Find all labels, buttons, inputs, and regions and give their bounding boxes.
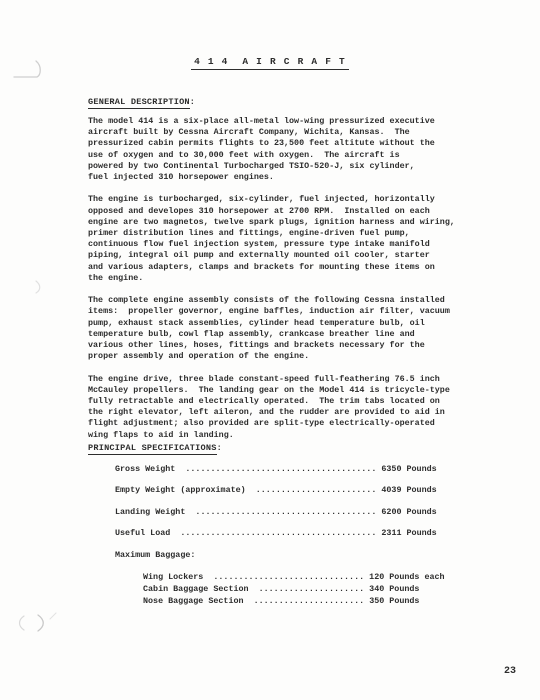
spec-value: 4039 Pounds (381, 485, 436, 495)
principal-specifications-heading-text: PRINCIPAL SPECIFICATIONS (88, 443, 217, 455)
dot-leader: ...................................... (175, 464, 381, 474)
spec-row-gross-weight: Gross Weight ...........................… (115, 464, 445, 476)
section-heading-general-description: GENERAL DESCRIPTION: (88, 97, 195, 107)
general-description-heading-colon: : (190, 97, 195, 107)
paragraph-engine-assembly: The complete engine assembly consists of… (88, 295, 455, 362)
spec-value: 340 Pounds (369, 584, 419, 594)
page-title: 4 1 4 A I R C R A F T (0, 51, 540, 70)
spec-group-maximum-baggage: Maximum Baggage: (115, 550, 445, 562)
spec-row-cabin-baggage: Cabin Baggage Section ..................… (143, 583, 445, 595)
pencil-marks-bottom-left (10, 610, 68, 638)
scanned-document-page: 4 1 4 A I R C R A F T GENERAL DESCRIPTIO… (0, 0, 540, 700)
spec-label: Nose Baggage Section (143, 596, 244, 606)
section-heading-principal-specifications: PRINCIPAL SPECIFICATIONS: (88, 443, 445, 453)
dot-leader: .................................... (185, 507, 381, 517)
baggage-sub-table: Wing Lockers ...........................… (143, 571, 445, 607)
spec-row-useful-load: Useful Load ............................… (115, 528, 445, 540)
spec-value: 2311 Pounds (381, 528, 436, 538)
spec-label: Landing Weight (115, 507, 185, 517)
spec-label: Wing Lockers (143, 572, 203, 582)
general-description-body: The model 414 is a six-place all-metal l… (88, 116, 455, 452)
spec-row-nose-baggage: Nose Baggage Section ...................… (143, 595, 445, 607)
dot-leader: ........................ (246, 485, 382, 495)
spec-label: Gross Weight (115, 464, 175, 474)
page-title-text: 4 1 4 A I R C R A F T (191, 56, 349, 70)
dot-leader: ...................... (244, 596, 370, 606)
spec-table: Gross Weight ...........................… (88, 464, 445, 607)
spec-row-landing-weight: Landing Weight .........................… (115, 507, 445, 519)
paragraph-engine-details: The engine is turbocharged, six-cylinder… (88, 194, 455, 284)
spec-value: 350 Pounds (369, 596, 419, 606)
page-number: 23 (504, 666, 516, 677)
paragraph-propellers-gear: The engine drive, three blade constant-s… (88, 374, 455, 441)
spec-value: 120 Pounds each (369, 572, 444, 582)
dot-leader: ..................... (249, 584, 370, 594)
principal-specifications-heading-colon: : (217, 443, 222, 453)
spec-label: Empty Weight (approximate) (115, 485, 246, 495)
spec-value: 6350 Pounds (381, 464, 436, 474)
dot-leader: .............................. (203, 572, 369, 582)
spec-label: Useful Load (115, 528, 170, 538)
dot-leader: ....................................... (170, 528, 381, 538)
paragraph-model-overview: The model 414 is a six-place all-metal l… (88, 116, 455, 183)
pencil-smudge-mid-left (32, 278, 46, 296)
spec-label: Cabin Baggage Section (143, 584, 249, 594)
spec-value: 6200 Pounds (381, 507, 436, 517)
spec-row-wing-lockers: Wing Lockers ...........................… (143, 571, 445, 583)
spec-row-empty-weight: Empty Weight (approximate) .............… (115, 485, 445, 497)
general-description-heading-text: GENERAL DESCRIPTION (88, 97, 190, 109)
section-principal-specifications: PRINCIPAL SPECIFICATIONS: Gross Weight .… (88, 443, 445, 607)
